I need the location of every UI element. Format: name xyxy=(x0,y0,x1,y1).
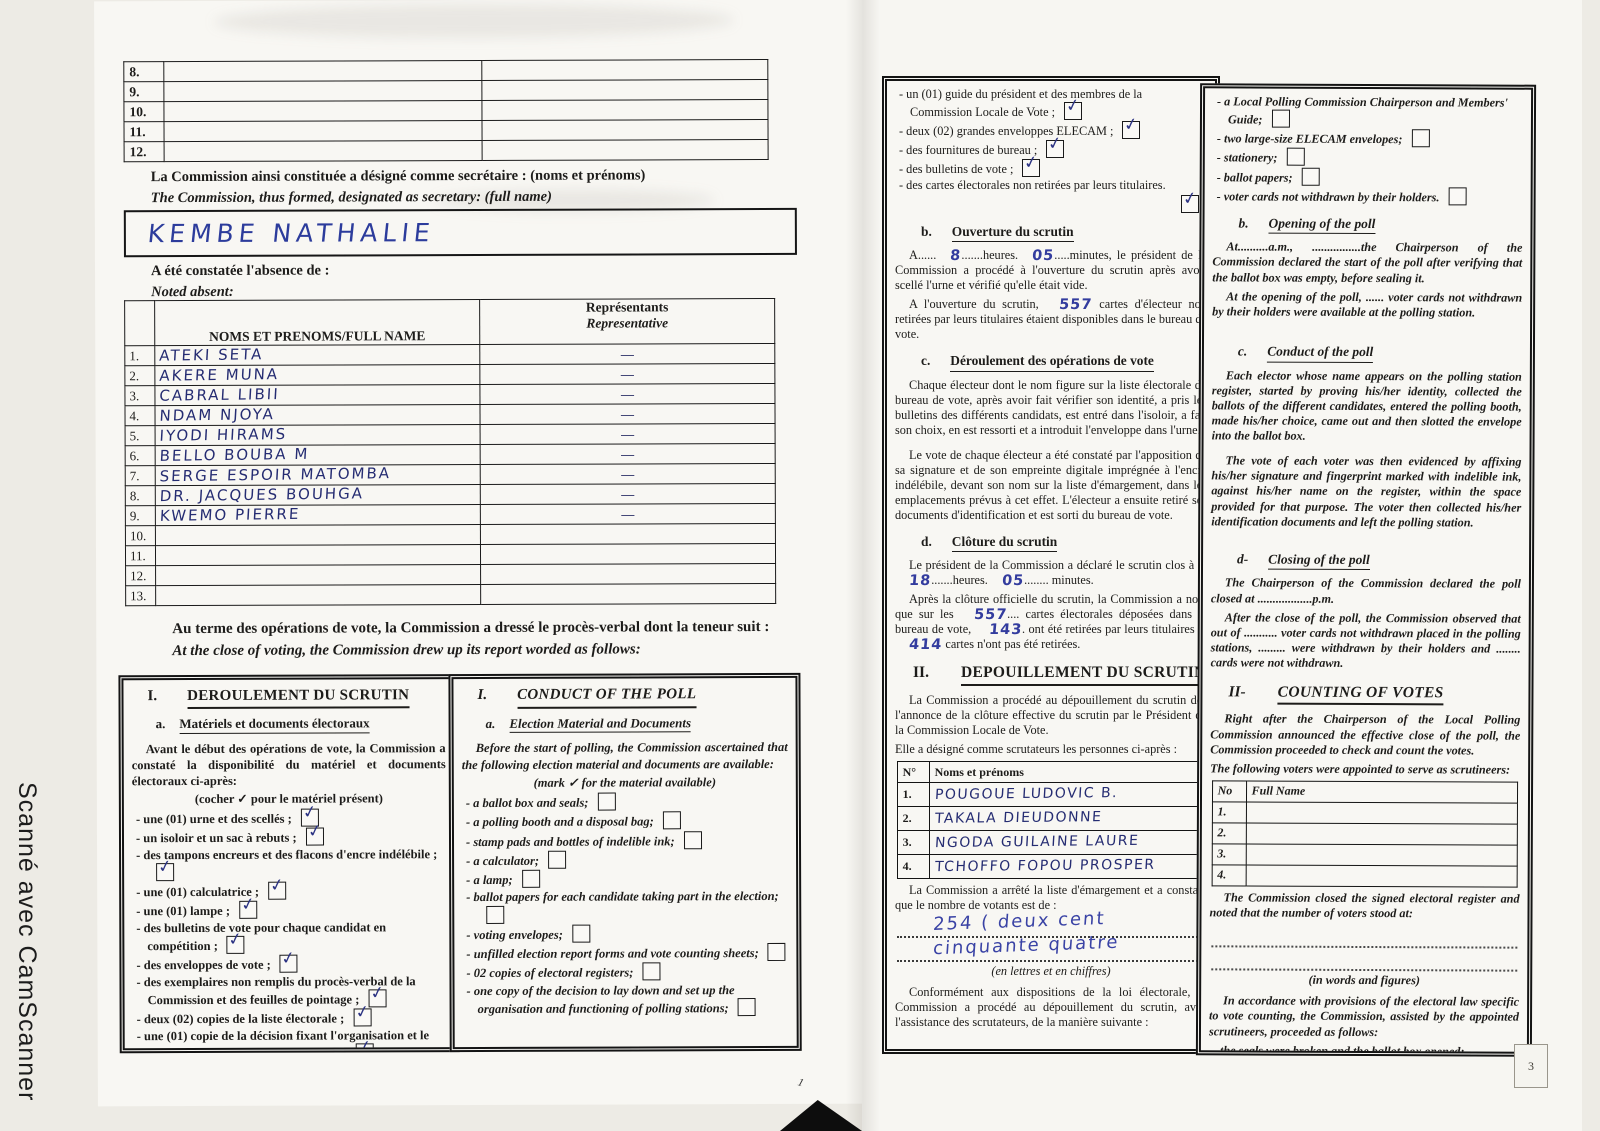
checklist-item: des enveloppes de vote ;✓ xyxy=(136,954,446,973)
section-letter: b. xyxy=(921,224,932,242)
rep-cell: — xyxy=(480,443,775,464)
checklist-item: a ballot box and seals; xyxy=(466,792,788,811)
table-row: 12. xyxy=(126,563,776,585)
section-letter: c. xyxy=(921,353,930,371)
dotted-answer-line: cinquante quatre xyxy=(897,939,1205,962)
name-header: Full Name xyxy=(1246,781,1518,803)
members-table-continuation: 8. 9. 10. 11. 12. xyxy=(123,59,768,162)
checkbox xyxy=(684,831,702,849)
table-row: 7.SERGE ESPOIR MATOMBA— xyxy=(125,463,775,485)
caption: (en lettres et en chiffres) xyxy=(895,964,1207,979)
name-cell: IYODI HIRAMS xyxy=(155,424,480,445)
row-number: 3. xyxy=(125,386,155,406)
counting-paragraph: Right after the Chairperson of the Local… xyxy=(1210,712,1520,759)
secretary-label-en: The Commission, thus formed, designated … xyxy=(151,186,771,209)
table-header-row: NoFull Name xyxy=(1212,781,1518,803)
table-row: 4. xyxy=(1212,865,1518,887)
checklist-item: des bulletins de vote ;✓ xyxy=(899,159,1207,177)
item-text: the seals were broken and the ballot box… xyxy=(1220,1043,1464,1057)
poll-report-fr: un (01) guide du président et des membre… xyxy=(882,76,1220,1054)
item-text: voter cards not withdrawn by their holde… xyxy=(1224,189,1440,204)
handwritten-name: SERGE ESPOIR MATOMBA xyxy=(159,466,391,484)
row-number: 9. xyxy=(124,82,164,102)
handwritten-value: 18 xyxy=(894,576,931,588)
name-cell xyxy=(155,544,480,565)
closing-paragraph: After the close of the poll, the Commiss… xyxy=(1211,610,1521,672)
name-cell: NDAM NJOYA xyxy=(155,404,480,425)
checklist-item: a lamp; xyxy=(466,869,788,888)
section-number: I. xyxy=(477,686,487,709)
handwritten-name: KWEMO PIERRE xyxy=(159,506,300,523)
table-row: 1.ATEKI SETA— xyxy=(125,343,775,365)
row-number: 10. xyxy=(125,526,155,546)
table-row: 6.BELLO BOUBA M— xyxy=(125,443,775,465)
checkbox xyxy=(768,943,786,961)
scanned-election-report: Scanné avec CamScanner 8. 9. 10. 11. 12.… xyxy=(0,0,1600,1131)
rep-cell xyxy=(481,583,776,604)
row-number: 1. xyxy=(1212,802,1246,823)
voters-count-intro: La Commission a arrêté la liste d'émarge… xyxy=(895,883,1207,913)
empty-cell xyxy=(482,99,768,120)
page-number: 1 xyxy=(796,1076,805,1089)
row-number: 1. xyxy=(125,346,155,366)
mark-instruction: (cocher ✓ pour le matériel présent) xyxy=(132,790,446,807)
page-left: 8. 9. 10. 11. 12. La Commission ainsi co… xyxy=(94,0,866,1106)
name-cell xyxy=(155,524,480,545)
item-text: des bulletins de vote ; xyxy=(906,162,1013,176)
final-paragraph: In accordance with provisions of the ele… xyxy=(1209,994,1519,1041)
rep-cell xyxy=(480,543,775,564)
table-row: 8.DR. JACQUES BOUHGA— xyxy=(125,483,775,505)
item-text: un isoloir et un sac à rebuts ; xyxy=(143,830,296,845)
checkbox: ✓ xyxy=(356,1043,374,1053)
opening-paragraph: A l'ouverture du scrutin, 557 cartes d'é… xyxy=(895,297,1207,342)
checklist-item: a calculator; xyxy=(466,850,788,869)
checklist-item: une (01) urne et des scellés ;✓ xyxy=(136,808,446,827)
handwritten-dash: — xyxy=(621,426,634,441)
section-title: Déroulement des opérations de vote xyxy=(950,353,1154,371)
secretary-name-box: KEMBE NATHALIE xyxy=(124,208,797,257)
handwritten-value: 8 xyxy=(936,251,962,263)
dotted-answer-line xyxy=(1211,950,1517,972)
number-header: N° xyxy=(897,761,929,782)
item-text: stamp pads and bottles of indelible ink; xyxy=(473,834,674,849)
row-number: 7. xyxy=(125,466,155,486)
section-number: II. xyxy=(913,664,929,686)
secretary-designation: La Commission ainsi constituée a désigné… xyxy=(151,165,771,209)
empty-cell xyxy=(482,139,768,160)
section-title: Ouverture du scrutin xyxy=(952,224,1074,242)
name-cell: AKERE MUNA xyxy=(155,364,480,385)
conduct-paragraph: Le vote de chaque électeur a été constat… xyxy=(895,448,1207,523)
item-text: 02 copies of electoral registers; xyxy=(474,966,634,981)
section-number: I. xyxy=(147,687,157,709)
handwritten-dash: — xyxy=(621,446,634,461)
rep-cell: — xyxy=(480,383,775,404)
handwritten-name: CABRAL LIBII xyxy=(159,387,280,404)
name-cell xyxy=(1246,865,1518,887)
name-column-header: NOMS ET PRENOMS/FULL NAME xyxy=(155,299,480,345)
checkbox xyxy=(486,906,504,924)
checkbox xyxy=(663,812,681,830)
row-number: 8. xyxy=(124,62,164,82)
table-row: 8. xyxy=(124,59,768,81)
row-number: 3. xyxy=(897,830,929,854)
mark-instruction: (mark ✓ for the material available) xyxy=(462,774,788,791)
handwritten-value: 05 xyxy=(1018,251,1055,263)
conduct-paragraph: The vote of each voter was then evidence… xyxy=(1211,454,1521,531)
procedure-item: the seals were broken and the ballot box… xyxy=(1213,1043,1519,1057)
subsection-letter: a. xyxy=(486,715,496,733)
empty-cell xyxy=(164,60,482,81)
name-cell: TAKALA DIEUDONNE xyxy=(929,806,1205,830)
name-header: Noms et prénoms xyxy=(929,761,1205,782)
row-number: 2. xyxy=(897,806,929,830)
checkbox xyxy=(642,963,660,981)
name-cell xyxy=(1246,844,1518,866)
page-fold-shadow xyxy=(846,0,880,1131)
item-text: voting envelopes; xyxy=(474,928,563,942)
checkbox xyxy=(1448,187,1466,205)
checklist-item: a polling booth and a disposal bag; xyxy=(466,811,788,830)
conduct-section-en: I.CONDUCT OF THE POLL a.Election Materia… xyxy=(448,673,801,1052)
checklist-item: voting envelopes; xyxy=(466,924,788,943)
handwritten-value: 143 xyxy=(974,625,1022,637)
table-row: 3. xyxy=(1212,844,1518,866)
checkbox: ✓ xyxy=(227,936,245,954)
table-row: 10. xyxy=(124,99,768,121)
checklist-item: ballot papers; xyxy=(1217,167,1523,186)
scrutineers-intro: The following voters were appointed to s… xyxy=(1210,761,1520,777)
table-row: 12. xyxy=(124,139,768,161)
name-cell xyxy=(156,564,481,585)
rep-header-en: Representative xyxy=(484,315,770,332)
checkbox: ✓ xyxy=(368,989,386,1007)
secretary-label-fr: La Commission ainsi constituée a désigné… xyxy=(151,165,771,188)
checklist-item: 02 copies of electoral registers; xyxy=(466,962,788,981)
voters-count-intro: The Commission closed the signed elector… xyxy=(1209,890,1519,922)
handwritten-dash: — xyxy=(621,466,634,481)
checklist-item: une (01) calculatrice ;✓ xyxy=(136,881,446,900)
checkbox xyxy=(597,793,615,811)
scrutineers-table: N°Noms et prénoms 1.POUGOUE LUDOVIC B. 2… xyxy=(897,761,1206,879)
subsection-heading: a.Matériels et documents électoraux xyxy=(156,715,446,734)
handwritten-name: AKERE MUNA xyxy=(159,367,280,384)
handwritten-name: BELLO BOUBA M xyxy=(159,446,310,463)
checklist-item: ballot papers for each candidate taking … xyxy=(466,888,788,924)
table-row: 5.IYODI HIRAMS— xyxy=(125,423,775,445)
absence-label-fr: A été constatée l'absence de : xyxy=(151,259,651,282)
name-cell: POUGOUE LUDOVIC B. xyxy=(929,782,1205,806)
section-title: CONDUCT OF THE POLL xyxy=(517,685,696,708)
section-letter: d- xyxy=(1237,551,1248,570)
table-row: 11. xyxy=(125,543,775,565)
checkbox: ✓ xyxy=(156,863,174,881)
checkbox: ✓ xyxy=(280,954,298,972)
caption: (in words and figures) xyxy=(1209,972,1519,988)
page-number: 3 xyxy=(1528,1059,1534,1074)
closing-paragraph: Le président de la Commission a déclaré … xyxy=(895,558,1207,588)
subsection-title: Election Material and Documents xyxy=(509,715,691,734)
checkbox: ✓ xyxy=(1181,195,1199,213)
item-text: unfilled election report forms and vote … xyxy=(474,946,759,961)
row-number: 12. xyxy=(124,142,164,162)
table-row: 11. xyxy=(124,119,768,141)
table-header-row: N°Noms et prénoms xyxy=(897,761,1205,782)
report-intro-fr: Au terme des opérations de vote, la Comm… xyxy=(172,617,832,641)
checkbox xyxy=(572,925,590,943)
name-cell: DR. JACQUES BOUHGA xyxy=(155,484,480,505)
number-header: No xyxy=(1212,781,1246,802)
name-cell: SERGE ESPOIR MATOMBA xyxy=(155,464,480,485)
table-header-row: NOMS ET PRENOMS/FULL NAME Représentants … xyxy=(125,298,775,345)
checkbox: ✓ xyxy=(1046,140,1064,158)
item-text: une (01) lampe ; xyxy=(144,904,231,918)
checklist-item: unfilled election report forms and vote … xyxy=(466,943,788,962)
row-number: 9. xyxy=(125,506,155,526)
handwritten-name: IYODI HIRAMS xyxy=(159,427,287,444)
row-number: 2. xyxy=(125,366,155,386)
table-row: 4.TCHOFFO FOPOU PROSPER xyxy=(897,854,1205,878)
handwritten-value: 557 xyxy=(1045,300,1093,312)
table-row: 1. xyxy=(1212,802,1518,824)
checkbox: ✓ xyxy=(1022,159,1040,177)
section-heading: I.DEROULEMENT DU SCRUTIN xyxy=(147,686,445,709)
final-paragraph: Conformément aux dispositions de la loi … xyxy=(895,985,1207,1030)
checkbox: ✓ xyxy=(239,901,257,919)
counting-heading: II.DEPOUILLEMENT DU SCRUTIN xyxy=(913,664,1207,686)
item-text: a calculator; xyxy=(473,854,539,868)
secretary-name-handwritten: KEMBE NATHALIE xyxy=(146,218,436,248)
name-cell: ATEKI SETA xyxy=(155,344,480,365)
section-heading: d-Closing of the poll xyxy=(1237,551,1521,571)
table-row: 13. xyxy=(126,583,776,605)
rep-cell xyxy=(481,563,776,584)
section-heading: d.Clôture du scrutin xyxy=(921,534,1207,552)
checklist-item: des fournitures de bureau ;✓ xyxy=(899,140,1207,158)
report-intro: Au terme des opérations de vote, la Comm… xyxy=(172,617,832,663)
name-cell: KWEMO PIERRE xyxy=(155,504,480,525)
table-row: 9.KWEMO PIERRE— xyxy=(125,503,775,525)
handwritten-name: ATEKI SETA xyxy=(159,347,264,363)
checkbox xyxy=(1271,110,1289,128)
representative-column-header: Représentants Representative xyxy=(480,298,775,344)
row-number: 12. xyxy=(126,566,156,586)
section-title: Conduct of the poll xyxy=(1267,344,1373,363)
checklist-item: des exemplaires non remplis du procès-ve… xyxy=(136,973,446,1008)
row-number: 4. xyxy=(1212,865,1246,886)
rep-cell: — xyxy=(480,403,775,424)
rep-header-fr: Représentants xyxy=(586,299,669,314)
table-row: 2.AKERE MUNA— xyxy=(125,363,775,385)
handwritten-dash: — xyxy=(621,406,634,421)
rep-cell: — xyxy=(480,463,775,484)
item-text: une (01) urne et des scellés ; xyxy=(143,811,292,826)
handwritten-name: POUGOUE LUDOVIC B. xyxy=(934,786,1118,802)
table-row: 10. xyxy=(125,523,775,545)
checklist-item: des cartes électorales non retirées par … xyxy=(899,178,1207,193)
checklist-item: stamp pads and bottles of indelible ink; xyxy=(466,831,788,850)
name-cell xyxy=(156,584,481,605)
subsection-title: Matériels et documents électoraux xyxy=(179,716,369,734)
section-number: II- xyxy=(1228,683,1245,705)
section-title: Closing of the poll xyxy=(1268,551,1370,570)
name-cell xyxy=(1246,823,1518,845)
rep-cell: — xyxy=(480,483,775,504)
item-text: des cartes électorales non retirées par … xyxy=(906,178,1165,192)
handwritten-name: NDAM NJOYA xyxy=(159,407,275,424)
table-row: 3.NGODA GUILAINE LAURE xyxy=(897,830,1205,854)
section-letter: b. xyxy=(1238,215,1248,234)
page-number-box: 3 xyxy=(1514,1044,1548,1088)
checkbox: ✓ xyxy=(353,1008,371,1026)
handwritten-name: NGODA GUILAINE LAURE xyxy=(934,834,1139,850)
section-letter: d. xyxy=(921,534,932,552)
name-cell: BELLO BOUBA M xyxy=(155,444,480,465)
row-number: 8. xyxy=(125,486,155,506)
empty-cell xyxy=(482,119,768,140)
item-text: ballot papers for each candidate taking … xyxy=(473,889,778,904)
counting-heading: II-COUNTING OF VOTES xyxy=(1228,683,1520,706)
row-number: 11. xyxy=(125,546,155,566)
dotted-answer-line xyxy=(1211,927,1517,949)
handwritten-dash: — xyxy=(621,506,634,521)
checkbox xyxy=(1302,167,1320,185)
empty-cell xyxy=(164,140,482,161)
section-heading: b.Ouverture du scrutin xyxy=(921,224,1207,242)
section-heading: c.Déroulement des opérations de vote xyxy=(921,353,1207,371)
handwritten-name: DR. JACQUES BOUHGA xyxy=(159,486,364,504)
row-number: 2. xyxy=(1212,823,1246,844)
checklist-item: deux (02) copies de la liste électorale … xyxy=(137,1008,447,1027)
item-text: ballot papers; xyxy=(1224,170,1293,184)
table-row: 4.NDAM NJOYA— xyxy=(125,403,775,425)
item-text: a lamp; xyxy=(473,873,512,887)
handwritten-dash: — xyxy=(621,486,634,501)
item-text: deux (02) copies de la liste électorale … xyxy=(144,1011,344,1026)
opening-paragraph: At the opening of the poll, ...... voter… xyxy=(1212,289,1522,321)
item-text: des fournitures de bureau ; xyxy=(906,143,1037,157)
empty-cell xyxy=(482,59,768,80)
checklist-item: stationery; xyxy=(1217,148,1523,167)
item-text: des tampons encreurs et des flacons d'en… xyxy=(143,847,437,862)
table-row: 2.TAKALA DIEUDONNE xyxy=(897,806,1205,830)
table-row: 3.CABRAL LIBII— xyxy=(125,383,775,405)
item-text: des enveloppes de vote ; xyxy=(144,958,271,972)
handwritten-value: 05 xyxy=(987,576,1024,588)
poll-report-en: a Local Polling Commission Chairperson a… xyxy=(1196,83,1536,1056)
conduct-paragraph: Each elector whose name appears on the p… xyxy=(1212,368,1522,445)
item-text: une (01) copie de la décision fixant l'o… xyxy=(144,1028,429,1053)
checkbox xyxy=(548,851,566,869)
empty-cell xyxy=(164,120,482,141)
subsection-heading: a.Election Material and Documents xyxy=(486,714,788,733)
checklist-item: voter cards not withdrawn by their holde… xyxy=(1217,186,1523,205)
rep-cell: — xyxy=(480,423,775,444)
table-row: 2. xyxy=(1212,823,1518,845)
materials-intro: Before the start of polling, the Commiss… xyxy=(462,739,788,773)
materials-intro: Avant le début des opérations de vote, l… xyxy=(132,740,446,789)
row-number: 6. xyxy=(125,446,155,466)
item-text: deux (02) grandes enveloppes ELECAM ; xyxy=(906,124,1113,138)
handwritten-value: 414 xyxy=(894,640,942,652)
section-title: Opening of the poll xyxy=(1269,215,1376,234)
handwritten-name: TCHOFFO FOPOU PROSPER xyxy=(934,858,1155,874)
checkbox-line: ✓ xyxy=(895,195,1199,213)
handwritten-dash: — xyxy=(621,366,634,381)
item-text: a Local Polling Commission Chairperson a… xyxy=(1224,94,1508,126)
section-title: Clôture du scrutin xyxy=(952,534,1057,552)
checkbox xyxy=(1286,148,1304,166)
row-number: 1. xyxy=(897,782,929,806)
absent-members-table: NOMS ET PRENOMS/FULL NAME Représentants … xyxy=(124,298,776,606)
section-title: DEPOUILLEMENT DU SCRUTIN xyxy=(961,664,1206,686)
checklist-item: a Local Polling Commission Chairperson a… xyxy=(1217,94,1523,129)
section-heading: c.Conduct of the poll xyxy=(1238,343,1522,363)
checklist-item: un isoloir et un sac à rebuts ;✓ xyxy=(136,827,446,846)
rep-cell xyxy=(480,523,775,544)
row-number: 4. xyxy=(897,854,929,878)
checklist-item: two large-size ELECAM envelopes; xyxy=(1217,129,1523,148)
checkbox xyxy=(1411,129,1429,147)
item-text: a ballot box and seals; xyxy=(473,796,588,810)
section-heading: b.Opening of the poll xyxy=(1238,215,1522,235)
row-number: 4. xyxy=(125,406,155,426)
table-row: 1.POUGOUE LUDOVIC B. xyxy=(897,782,1205,806)
checkbox: ✓ xyxy=(268,881,286,899)
checkbox xyxy=(738,998,756,1016)
conduct-paragraph: Chaque électeur dont le nom figure sur l… xyxy=(895,378,1207,438)
checklist-item: un (01) guide du président et des membre… xyxy=(899,87,1207,120)
checklist-item: une (01) lampe ;✓ xyxy=(136,900,446,919)
empty-cell xyxy=(164,100,482,121)
checkmark: ✓ xyxy=(353,1001,371,1025)
conduct-section-fr: I.DEROULEMENT DU SCRUTIN a.Matériels et … xyxy=(118,674,459,1053)
item-text: one copy of the decision to lay down and… xyxy=(474,983,735,1016)
name-cell: NGODA GUILAINE LAURE xyxy=(929,830,1205,854)
checklist-item: one copy of the decision to lay down and… xyxy=(467,982,789,1018)
section-letter: c. xyxy=(1238,343,1247,362)
checklist-item: une (01) copie de la décision fixant l'o… xyxy=(137,1027,447,1053)
absence-label: A été constatée l'absence de : Noted abs… xyxy=(151,259,651,303)
scrutineers-table: NoFull Name 1. 2. 3. 4. xyxy=(1211,780,1518,887)
closing-paragraph: The Chairperson of the Commission declar… xyxy=(1211,576,1521,608)
item-text: un (01) guide du président et des membre… xyxy=(906,87,1142,119)
handwritten-count: 254 ( deux cent xyxy=(932,908,1106,936)
item-text: two large-size ELECAM envelopes; xyxy=(1224,132,1402,147)
section-title: DEROULEMENT DU SCRUTIN xyxy=(187,686,409,709)
row-number: 10. xyxy=(124,102,164,122)
scan-smudge xyxy=(214,3,734,39)
handwritten-dash: — xyxy=(621,346,634,361)
name-cell xyxy=(1246,802,1518,824)
checkbox: ✓ xyxy=(1064,102,1082,120)
row-number: 13. xyxy=(126,586,156,606)
report-intro-en: At the close of voting, the Commission d… xyxy=(172,639,832,663)
row-number: 3. xyxy=(1212,844,1246,865)
empty-cell xyxy=(482,79,768,100)
counting-paragraph: La Commission a procédé au dépouillement… xyxy=(895,693,1207,738)
empty-cell xyxy=(125,301,155,346)
row-number: 11. xyxy=(124,122,164,142)
section-title: COUNTING OF VOTES xyxy=(1278,683,1444,706)
subsection-letter: a. xyxy=(156,716,166,734)
name-cell: TCHOFFO FOPOU PROSPER xyxy=(929,854,1205,878)
rep-cell: — xyxy=(480,343,775,364)
closing-paragraph: Après la clôture officielle du scrutin, … xyxy=(895,592,1207,652)
row-number: 5. xyxy=(125,426,155,446)
handwritten-name: TAKALA DIEUDONNE xyxy=(934,810,1102,826)
